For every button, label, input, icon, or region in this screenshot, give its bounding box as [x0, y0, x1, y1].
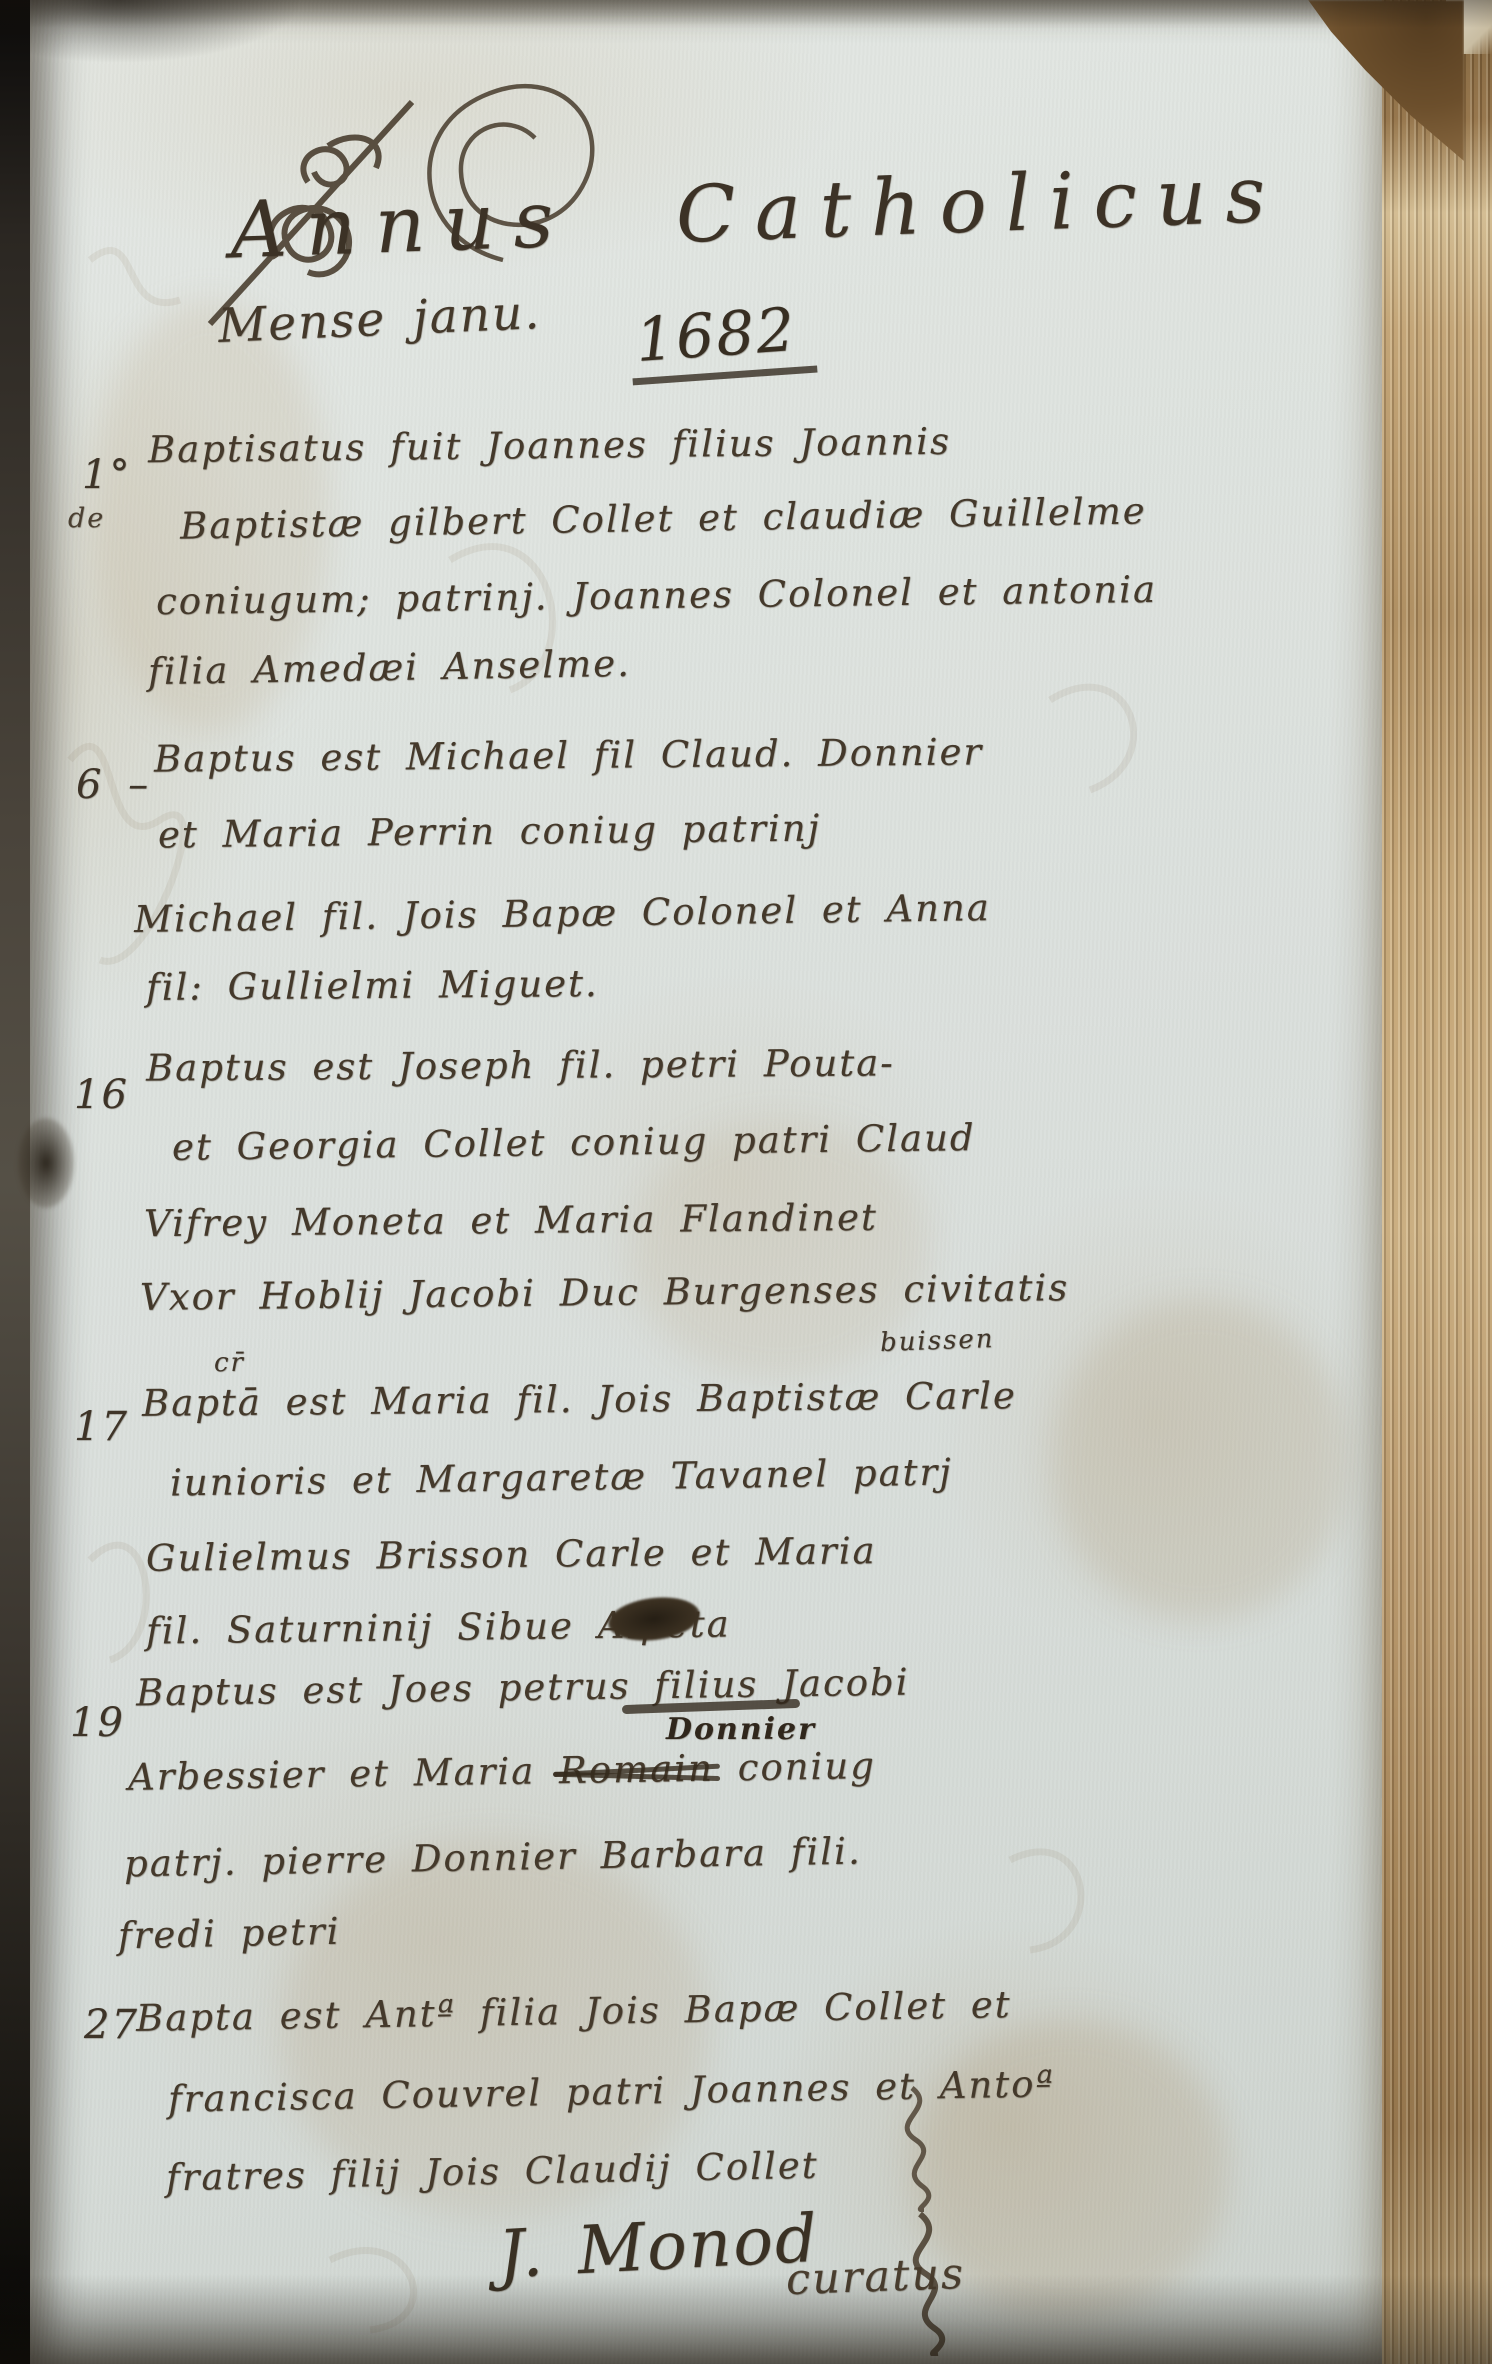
register-line: Baptus est Michael fil Claud. Donnier — [154, 730, 983, 780]
manuscript-page: Annus Catholicus Mense janu. 1682 1° de … — [30, 0, 1386, 2364]
register-line: Baptisatus fuit Joannes filius Joannis — [148, 420, 951, 471]
page-edge-stack — [1382, 0, 1492, 2364]
signature-paraph-flourish — [872, 2206, 962, 2356]
register-line: Baptā est Maria fil. Jois Baptistæ Carle — [142, 1374, 1017, 1425]
entry-day-number: 6 – — [76, 762, 150, 808]
entry-day-number: 19 — [70, 1700, 125, 1746]
register-line: Vifrey Moneta et Maria Flandinet — [144, 1196, 878, 1245]
register-line: Baptus est Joseph fil. petri Pouta- — [146, 1041, 895, 1089]
register-line: fil: Gullielmi Miguet. — [146, 962, 599, 1009]
entry-day-note: de — [68, 503, 105, 534]
line-text: coniug — [737, 1744, 876, 1789]
register-line: filia Amedæi Anselme. — [148, 642, 631, 693]
year-heading: 1682 — [627, 294, 817, 386]
struck-out-word: Romain — [559, 1747, 715, 1792]
manuscript-photo: Annus Catholicus Mense janu. 1682 1° de … — [0, 0, 1492, 2364]
register-line: Gulielmus Brisson Carle et Maria — [146, 1529, 877, 1580]
register-line: fredi petri — [118, 1910, 341, 1958]
line-text: Arbessier et Maria — [128, 1749, 536, 1798]
abbreviation-mark: cr̄ — [214, 1348, 245, 1378]
entry-day-number: 16 — [74, 1072, 129, 1118]
entry-day-number: 17 — [74, 1404, 129, 1450]
flourish-squiggle — [868, 2082, 948, 2212]
entry-day-number: 1° — [82, 452, 131, 498]
interlinear-correction: Donnier — [666, 1712, 816, 1747]
superscript-note: buissen — [880, 1324, 996, 1358]
entry-day-number: 27 — [84, 2002, 139, 2048]
register-line: et Maria Perrin coniug patrinj — [158, 807, 822, 857]
